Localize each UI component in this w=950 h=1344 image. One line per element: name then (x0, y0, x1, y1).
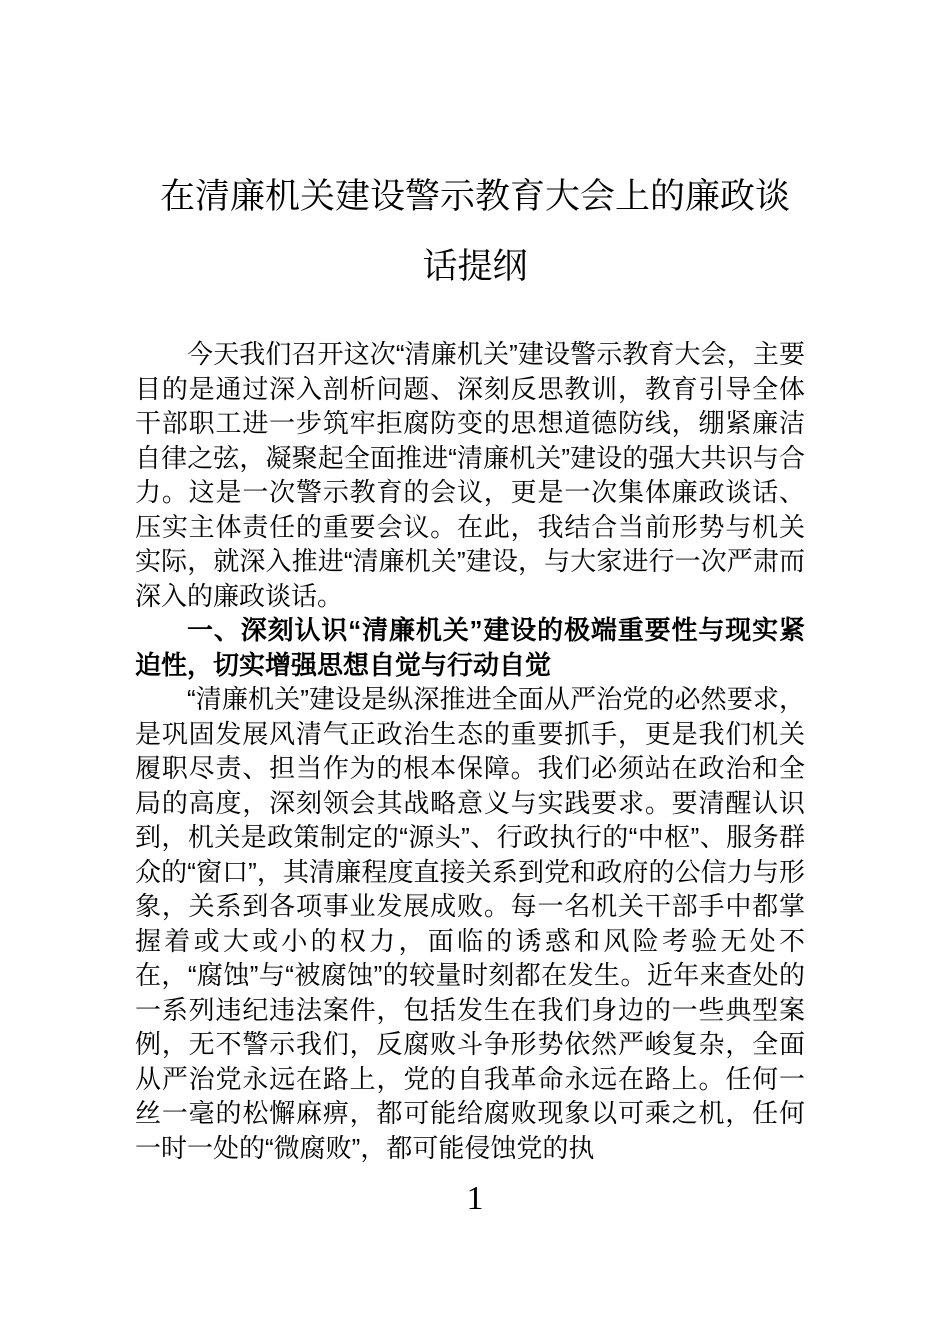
paragraph-section-1: “清廉机关”建设是纵深推进全面从严治党的必然要求，是巩固发展风清气正政治生态的重… (135, 682, 805, 1165)
section-1-heading: 一、深刻认识“清廉机关”建设的极端重要性与现实紧迫性，切实增强思想自觉与行动自觉 (135, 613, 805, 682)
paragraph-intro: 今天我们召开这次“清廉机关”建设警示教育大会，主要目的是通过深入剖析问题、深刻反… (135, 337, 805, 613)
page-number: 1 (0, 1182, 950, 1216)
document-page: 在清廉机关建设警示教育大会上的廉政谈话提纲 今天我们召开这次“清廉机关”建设警示… (0, 0, 950, 1344)
document-body: 今天我们召开这次“清廉机关”建设警示教育大会，主要目的是通过深入剖析问题、深刻反… (135, 337, 805, 1165)
document-title: 在清廉机关建设警示教育大会上的廉政谈话提纲 (150, 162, 800, 302)
